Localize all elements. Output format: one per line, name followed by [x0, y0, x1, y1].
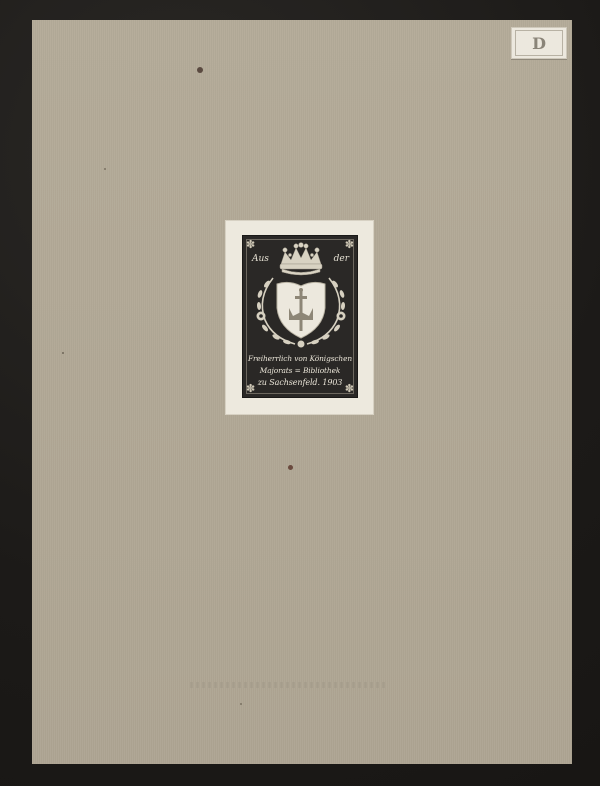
shelf-label: D: [511, 27, 567, 59]
inscription-line-1: Freiherrlich von Königschen: [243, 354, 357, 363]
bookplate: ✽ ✽ ✽ ✽ Aus der: [226, 221, 373, 414]
bookplate-panel: ✽ ✽ ✽ ✽ Aus der: [242, 235, 358, 398]
paper-speck: [240, 703, 242, 705]
shelf-label-letter: D: [515, 30, 563, 56]
inscription-line-3: zu Sachsenfeld. 1903: [243, 378, 357, 387]
inscription-line-2: Majorats = Bibliothek: [243, 366, 357, 375]
paper-speck: [104, 168, 106, 170]
faint-pencil-mark: [190, 682, 385, 688]
crest-icon: [243, 236, 359, 361]
paper-spot: [197, 67, 203, 73]
paper-spot: [288, 465, 293, 470]
paper-speck: [62, 352, 64, 354]
